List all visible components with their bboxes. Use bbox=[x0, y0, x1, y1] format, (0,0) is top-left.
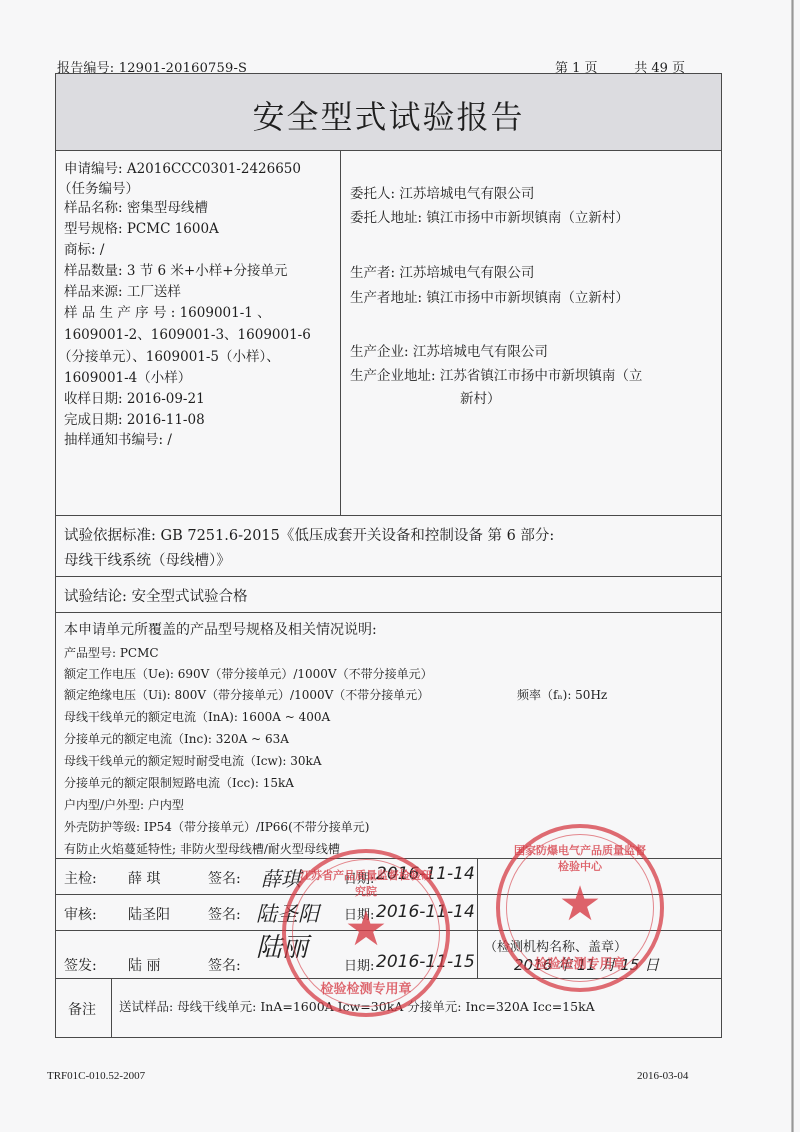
sign-label: 签名: bbox=[208, 955, 241, 975]
sampling-notice-number: 抽样通知书编号: / bbox=[64, 428, 172, 448]
spec-line: 母线干线单元的额定电流（InA): 1600A ~ 400A bbox=[64, 708, 330, 725]
seal-purpose: 检验检测专用章 bbox=[296, 978, 436, 997]
signer-name: 陆圣阳 bbox=[128, 904, 170, 924]
spec-line: 额定绝缘电压（Ui): 800V（带分接单元）/1000V（不带分接单元） bbox=[64, 686, 429, 703]
client: 委托人: 江苏培城电气有限公司 bbox=[350, 182, 534, 202]
spec-line: 分接单元的额定限制短路电流（Icc): 15kA bbox=[64, 774, 294, 791]
frequency: 频率（fₙ): 50Hz bbox=[517, 686, 607, 703]
form-date: 2016-03-04 bbox=[637, 1070, 688, 1082]
sample-quantity: 样品数量: 3 节 6 米+小样+分接单元 bbox=[64, 259, 288, 279]
remarks-label-cell: 备注 bbox=[56, 979, 112, 1037]
manufacturer-address-1: 生产企业地址: 江苏省镇江市扬中市新坝镇南（立 bbox=[350, 364, 642, 384]
star-icon: ★ bbox=[286, 905, 446, 953]
manufacturer-address-2: 新村） bbox=[460, 387, 501, 407]
application-number: 申请编号: A2016CCC0301-2426650 bbox=[64, 157, 301, 177]
signer-name: 陆 丽 bbox=[128, 955, 160, 975]
signer-name: 薛 琪 bbox=[128, 868, 160, 888]
inspection-seal-right: ★ 国家防爆电气产品质量监督检验中心 检验检测专用章 bbox=[496, 824, 664, 992]
role-label: 主检: bbox=[64, 868, 97, 888]
spec-line: 产品型号: PCMC bbox=[64, 644, 159, 661]
inspection-seal-left: ★ 江苏省产品质量监督检验研究院 检验检测专用章 bbox=[282, 849, 450, 1017]
model-spec: 型号规格: PCMC 1600A bbox=[64, 217, 219, 237]
title-band: 安全型式试验报告 bbox=[56, 74, 721, 151]
sample-details: 申请编号: A2016CCC0301-2426650 （任务编号） 样品名称: … bbox=[56, 151, 341, 515]
receive-date: 收样日期: 2016-09-21 bbox=[64, 387, 205, 407]
test-conclusion: 试验结论: 安全型式试验合格 bbox=[56, 577, 721, 613]
remarks-label: 备注 bbox=[68, 999, 96, 1019]
finish-date: 完成日期: 2016-11-08 bbox=[64, 408, 205, 428]
client-address: 委托人地址: 镇江市扬中市新坝镇南（立新村） bbox=[350, 206, 629, 226]
manufacturer: 生产企业: 江苏培城电气有限公司 bbox=[350, 340, 548, 360]
spec-line: 额定工作电压（Ue): 690V（带分接单元）/1000V（不带分接单元） bbox=[64, 665, 433, 682]
sample-source: 样品来源: 工厂送样 bbox=[64, 280, 181, 300]
spec-line: 外壳防护等级: IP54（带分接单元）/IP66(不带分接单元) bbox=[64, 818, 369, 835]
standard-line-2: 母线干线系统（母线槽）》 bbox=[64, 549, 231, 570]
seal-organization: 江苏省产品质量监督检验研究院 bbox=[296, 867, 436, 899]
report-form: 安全型式试验报告 申请编号: A2016CCC0301-2426650 （任务编… bbox=[55, 73, 722, 1038]
producer-address: 生产者地址: 镇江市扬中市新坝镇南（立新村） bbox=[350, 286, 629, 306]
spec-line: 有防止火焰蔓延特性; 非防火型母线槽/耐火型母线槽 bbox=[64, 840, 340, 857]
producer: 生产者: 江苏培城电气有限公司 bbox=[350, 261, 534, 281]
star-icon: ★ bbox=[500, 880, 660, 928]
seal-organization: 国家防爆电气产品质量监督检验中心 bbox=[510, 842, 650, 874]
conclusion-text: 试验结论: 安全型式试验合格 bbox=[64, 585, 248, 606]
page-edge bbox=[791, 0, 794, 1132]
spec-line: 户内型/户外型: 户内型 bbox=[64, 796, 184, 813]
standard-line-1: 试验依据标准: GB 7251.6-2015《低压成套开关设备和控制设备 第 6… bbox=[64, 524, 554, 545]
party-details: 委托人: 江苏培城电气有限公司 委托人地址: 镇江市扬中市新坝镇南（立新村） 生… bbox=[341, 151, 721, 515]
spec-line: 母线干线单元的额定短时耐受电流（Icw): 30kA bbox=[64, 752, 321, 769]
spec-line: 分接单元的额定电流（Inc): 320A ~ 63A bbox=[64, 730, 289, 747]
sign-label: 签名: bbox=[208, 904, 241, 924]
signature-divider bbox=[477, 859, 478, 979]
serial-numbers-2: 1609001-2、1609001-3、1609001-6 bbox=[64, 323, 311, 343]
serial-numbers-3: （分接单元）、1609001-5（小样）、 bbox=[58, 345, 280, 365]
product-specs: 本申请单元所覆盖的产品型号规格及相关情况说明: 产品型号: PCMC 额定工作电… bbox=[56, 613, 721, 859]
seal-purpose: 检验检测专用章 bbox=[510, 953, 650, 972]
serial-numbers-4: 1609001-4（小样） bbox=[64, 366, 191, 386]
sign-label: 签名: bbox=[208, 868, 241, 888]
serial-numbers-1: 样 品 生 产 序 号 : 1609001-1 、 bbox=[64, 301, 271, 321]
role-label: 审核: bbox=[64, 904, 97, 924]
specs-heading: 本申请单元所覆盖的产品型号规格及相关情况说明: bbox=[64, 619, 377, 639]
task-number: （任务编号） bbox=[58, 177, 139, 197]
trademark: 商标: / bbox=[64, 238, 104, 258]
sample-info-section: 申请编号: A2016CCC0301-2426650 （任务编号） 样品名称: … bbox=[56, 151, 721, 516]
role-label: 签发: bbox=[64, 955, 97, 975]
sample-name: 样品名称: 密集型母线槽 bbox=[64, 196, 208, 216]
form-code: TRF01C-010.52-2007 bbox=[47, 1070, 145, 1082]
report-title: 安全型式试验报告 bbox=[56, 92, 721, 138]
test-standard: 试验依据标准: GB 7251.6-2015《低压成套开关设备和控制设备 第 6… bbox=[56, 516, 721, 577]
